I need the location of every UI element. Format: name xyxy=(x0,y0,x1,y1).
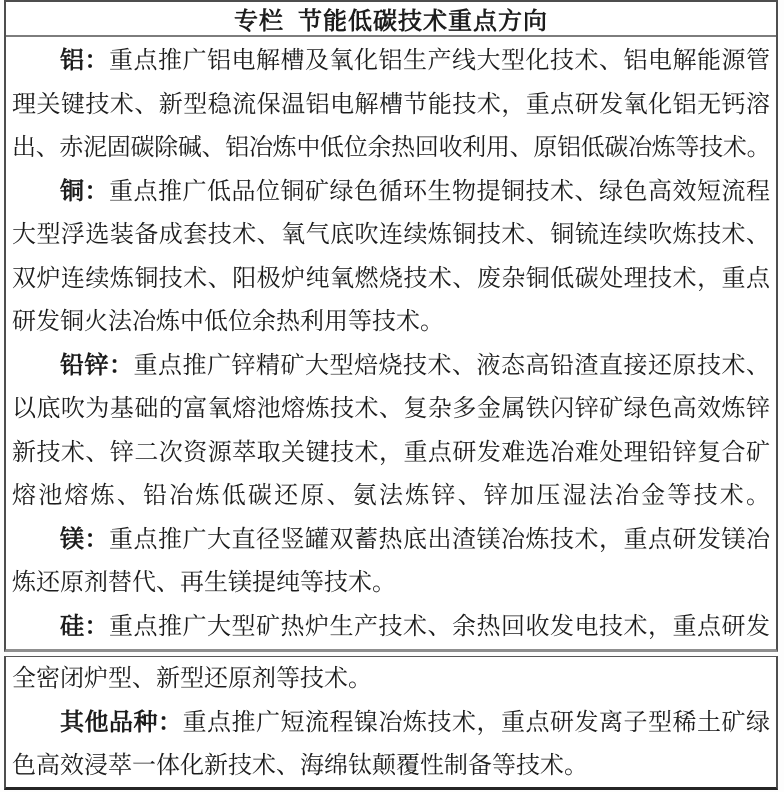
text-line-aluminum-3: 出、赤泥固碳除碱、铝冶炼中低位余热回收利用、原铝低碳冶炼等技术。 xyxy=(12,127,770,171)
text-line-magnesium-2: 炼还原剂替代、再生镁提纯等技术。 xyxy=(12,562,770,606)
paragraph-text: 色高效浸萃一体化新技术、海绵钛颠覆性制备等技术。 xyxy=(12,753,588,779)
paragraph-lead: 硅： xyxy=(60,614,109,640)
paragraph-text: 大型浮选装备成套技术、氧气底吹连续炼铜技术、铜锍连续吹炼技术、 xyxy=(12,222,770,248)
paragraph-text: 全密闭炉型、新型还原剂等技术。 xyxy=(12,666,372,692)
paragraph-lead: 铜： xyxy=(60,179,109,205)
text-line-magnesium-1: 镁：重点推广大直径竖罐双蓄热底出渣镁冶炼技术，重点研发镁冶 xyxy=(12,519,770,563)
text-line-other-1: 其他品种：重点推广短流程镍冶炼技术，重点研发离子型稀土矿绿 xyxy=(12,702,770,746)
paragraph-lead: 其他品种： xyxy=(60,710,183,736)
text-line-other-2: 色高效浸萃一体化新技术、海绵钛颠覆性制备等技术。 xyxy=(12,745,770,789)
text-line-copper-1: 铜：重点推广低品位铜矿绿色循环生物提铜技术、绿色高效短流程 xyxy=(12,171,770,215)
column-title-bar: 专栏 节能低碳技术重点方向 xyxy=(6,2,776,37)
paragraph-text: 双炉连续炼铜技术、阳极炉纯氧燃烧技术、废杂铜低碳处理技术，重点 xyxy=(12,266,770,292)
document-page: 专栏 节能低碳技术重点方向 铝：重点推广铝电解槽及氧化铝生产线大型化技术、铝电解… xyxy=(0,0,784,792)
text-line-leadzinc-4: 熔池熔炼、铅冶炼低碳还原、氨法炼锌、锌加压湿法冶金等技术。 xyxy=(12,475,770,519)
paragraph-text: 以底吹为基础的富氧熔池熔炼技术、复杂多金属铁闪锌矿绿色高效炼锌 xyxy=(12,396,770,422)
text-line-copper-4: 研发铜火法冶炼中低位余热利用等技术。 xyxy=(12,301,770,345)
column-body-page1: 铝：重点推广铝电解槽及氧化铝生产线大型化技术、铝电解能源管 理关键技术、新型稳流… xyxy=(6,37,776,649)
paragraph-text: 重点推广锌精矿大型焙烧技术、液态高铅渣直接还原技术、 xyxy=(134,353,771,379)
paragraph-lead: 铝： xyxy=(60,48,109,74)
paragraph-text: 出、赤泥固碳除碱、铝冶炼中低位余热回收利用、原铝低碳冶炼等技术。 xyxy=(12,135,770,161)
text-line-leadzinc-3: 新技术、锌二次资源萃取关键技术，重点研发难选冶难处理铅锌复合矿 xyxy=(12,432,770,476)
text-line-copper-2: 大型浮选装备成套技术、氧气底吹连续炼铜技术、铜锍连续吹炼技术、 xyxy=(12,214,770,258)
text-line-copper-3: 双炉连续炼铜技术、阳极炉纯氧燃烧技术、废杂铜低碳处理技术，重点 xyxy=(12,258,770,302)
column-box-page1: 专栏 节能低碳技术重点方向 铝：重点推广铝电解槽及氧化铝生产线大型化技术、铝电解… xyxy=(4,0,778,652)
paragraph-lead: 镁： xyxy=(60,527,109,553)
paragraph-text: 炼还原剂替代、再生镁提纯等技术。 xyxy=(12,570,396,596)
text-line-leadzinc-2: 以底吹为基础的富氧熔池熔炼技术、复杂多金属铁闪锌矿绿色高效炼锌 xyxy=(12,388,770,432)
paragraph-text: 重点推广低品位铜矿绿色循环生物提铜技术、绿色高效短流程 xyxy=(109,179,770,205)
paragraph-text: 理关键技术、新型稳流保温铝电解槽节能技术，重点研发氧化铝无钙溶 xyxy=(12,92,770,118)
paragraph-text: 熔池熔炼、铅冶炼低碳还原、氨法炼锌、锌加压湿法冶金等技术。 xyxy=(12,483,770,509)
text-line-silicon-1: 硅：重点推广大型矿热炉生产技术、余热回收发电技术，重点研发 xyxy=(12,606,770,650)
paragraph-text: 重点推广铝电解槽及氧化铝生产线大型化技术、铝电解能源管 xyxy=(109,48,770,74)
paragraph-text: 重点推广大型矿热炉生产技术、余热回收发电技术，重点研发 xyxy=(109,614,770,640)
paragraph-text: 研发铜火法冶炼中低位余热利用等技术。 xyxy=(12,309,444,335)
column-title: 专栏 节能低碳技术重点方向 xyxy=(234,1,548,36)
paragraph-text: 重点推广短流程镍冶炼技术，重点研发离子型稀土矿绿 xyxy=(183,710,771,736)
paragraph-lead: 铅锌： xyxy=(60,353,134,379)
text-line-leadzinc-1: 铅锌：重点推广锌精矿大型焙烧技术、液态高铅渣直接还原技术、 xyxy=(12,345,770,389)
text-line-silicon-2: 全密闭炉型、新型还原剂等技术。 xyxy=(12,658,770,702)
paragraph-text: 重点推广大直径竖罐双蓄热底出渣镁冶炼技术，重点研发镁冶 xyxy=(109,527,770,553)
text-line-aluminum-2: 理关键技术、新型稳流保温铝电解槽节能技术，重点研发氧化铝无钙溶 xyxy=(12,84,770,128)
paragraph-text: 新技术、锌二次资源萃取关键技术，重点研发难选冶难处理铅锌复合矿 xyxy=(12,440,770,466)
text-line-aluminum-1: 铝：重点推广铝电解槽及氧化铝生产线大型化技术、铝电解能源管 xyxy=(12,40,770,84)
column-body-page2: 全密闭炉型、新型还原剂等技术。 其他品种：重点推广短流程镍冶炼技术，重点研发离子… xyxy=(6,657,776,789)
column-box-page2: 全密闭炉型、新型还原剂等技术。 其他品种：重点推广短流程镍冶炼技术，重点研发离子… xyxy=(4,656,778,790)
